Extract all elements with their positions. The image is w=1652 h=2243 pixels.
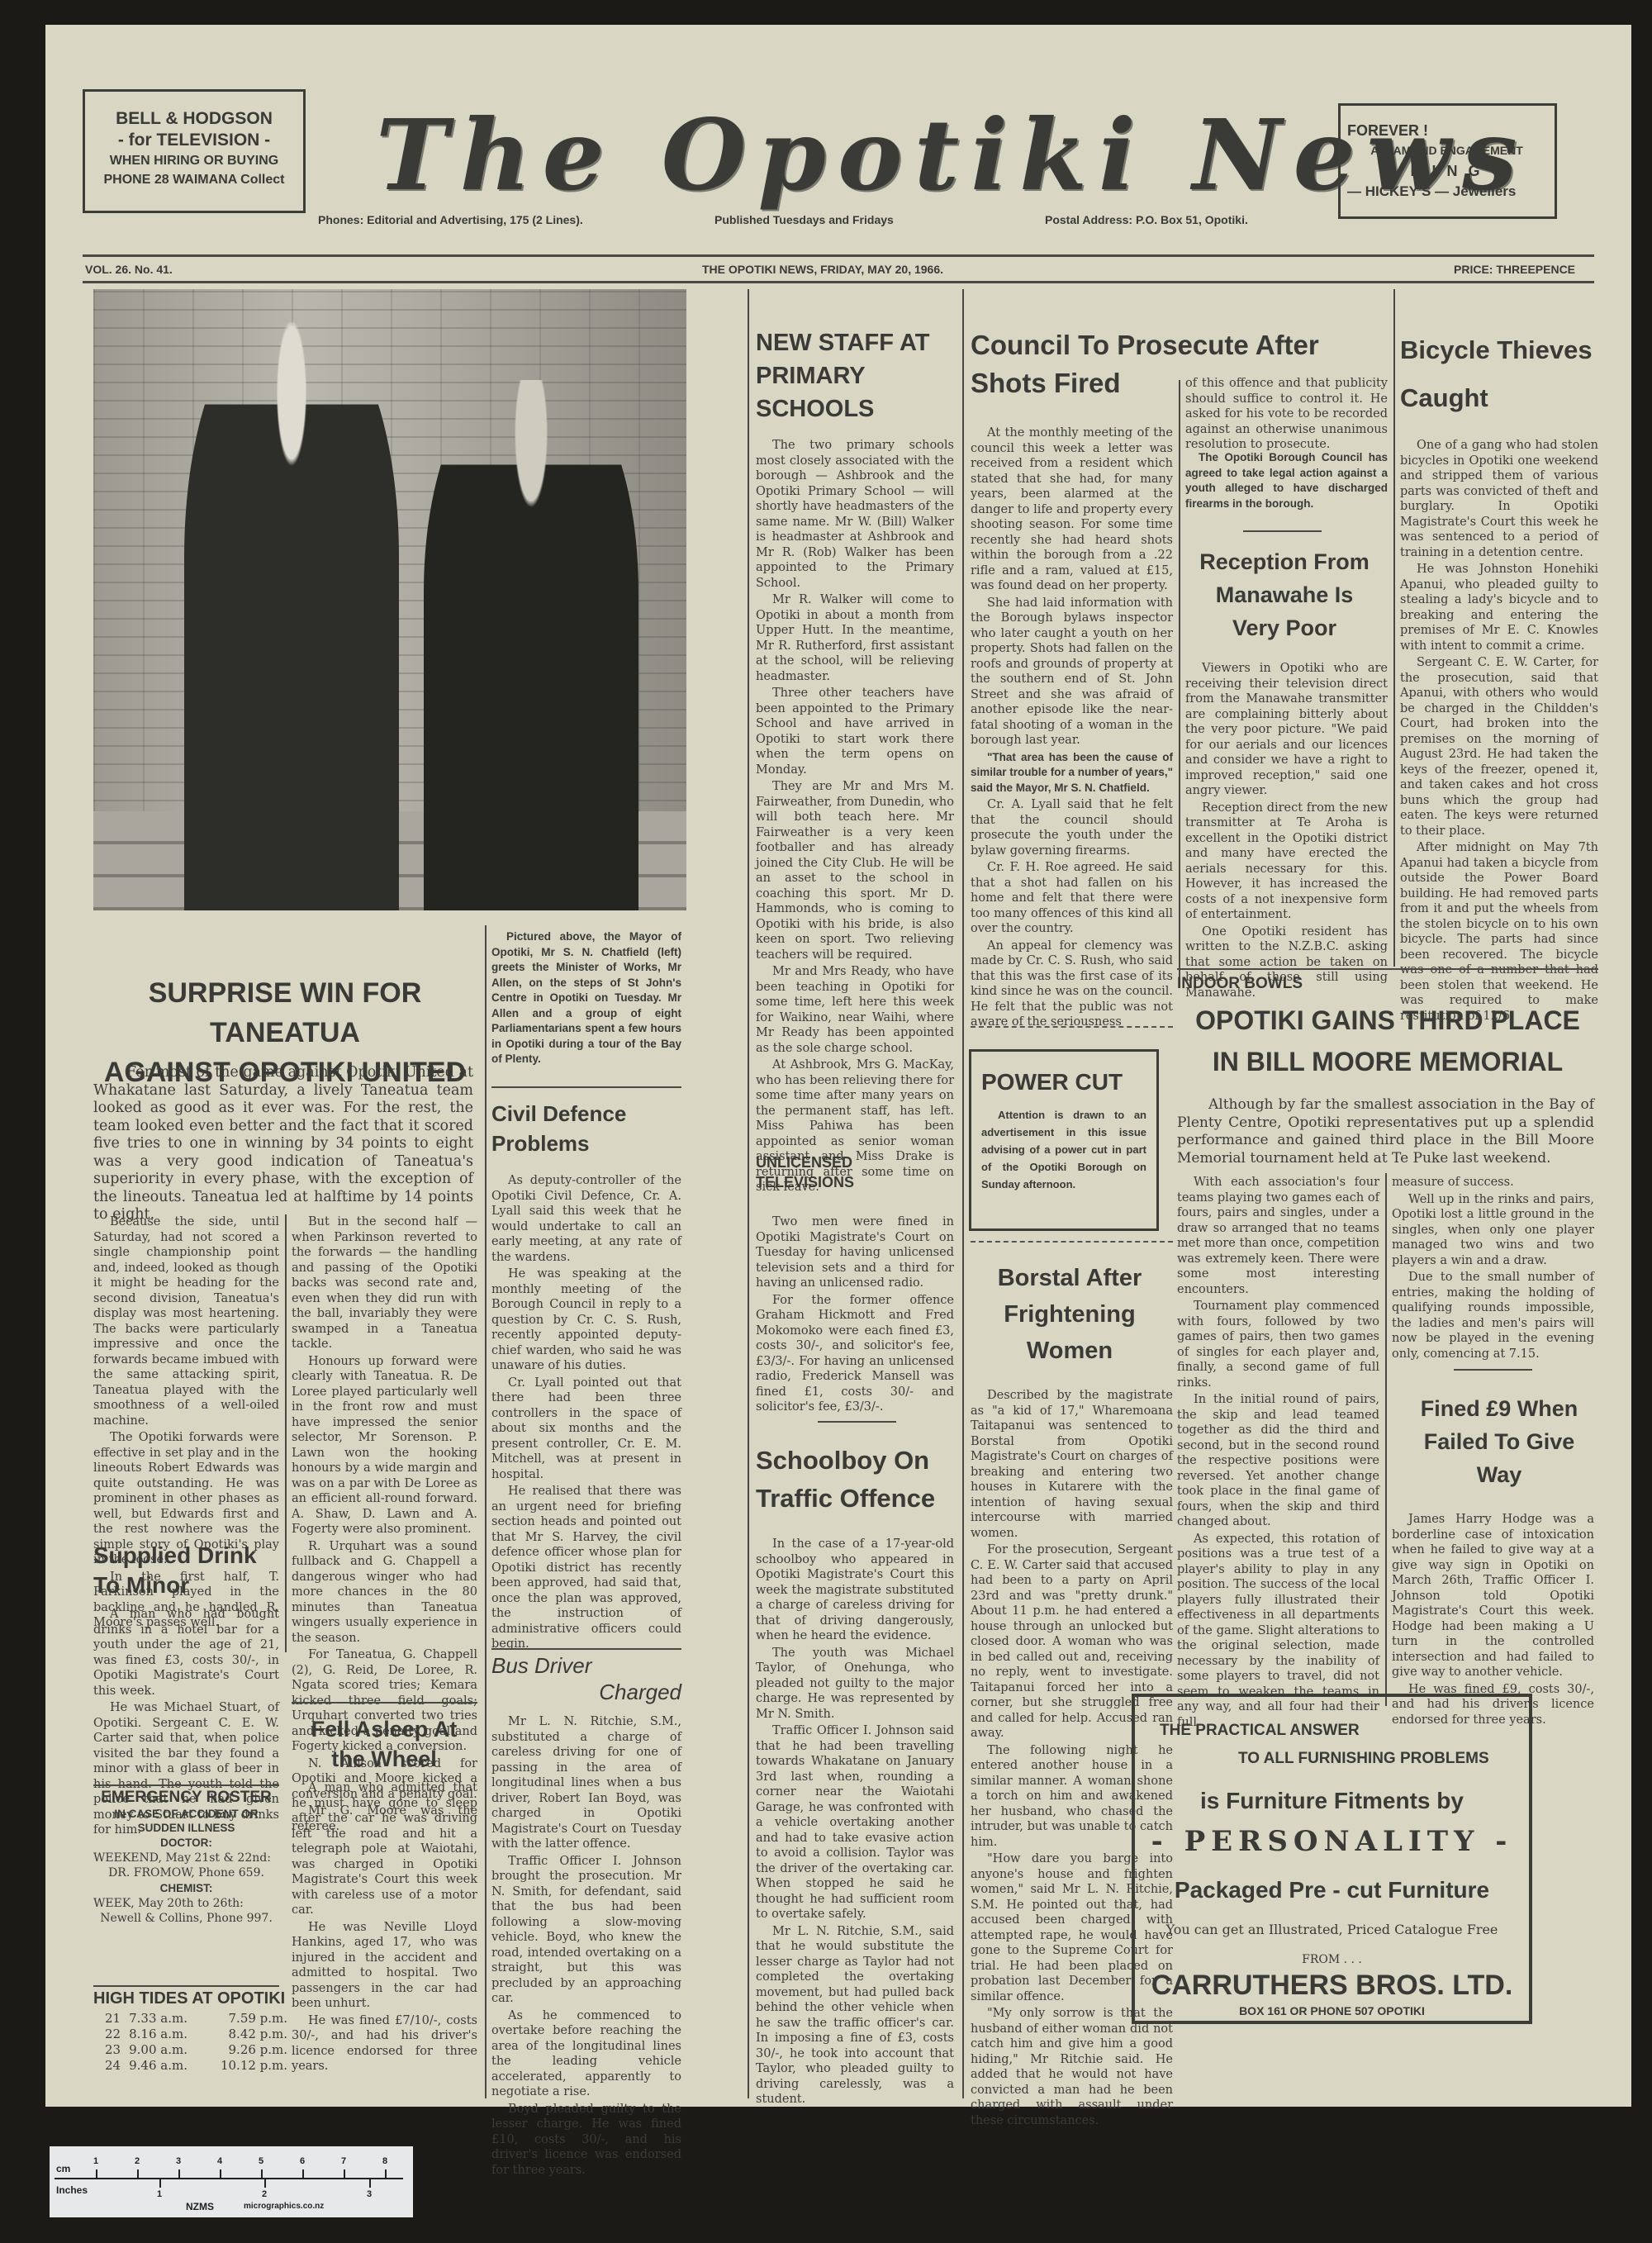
paragraph: Well up in the rinks and pairs, Opotiki … bbox=[1392, 1192, 1594, 1269]
power-cut-notice: POWER CUT Attention is drawn to an adver… bbox=[969, 1049, 1159, 1231]
paragraph: Tournament play commenced with fours, fo… bbox=[1177, 1299, 1379, 1390]
carruthers-name: CARRUTHERS BROS. LTD. bbox=[1135, 1970, 1529, 2002]
carruthers-furniture-ad: THE PRACTICAL ANSWER TO ALL FURNISHING P… bbox=[1132, 1694, 1532, 2024]
masthead-published: Published Tuesdays and Fridays bbox=[714, 213, 894, 226]
ad-line: R I N G bbox=[1347, 160, 1546, 182]
paragraph: Cr. Lyall pointed out that there had bee… bbox=[491, 1376, 681, 1483]
doctor-label: DOCTOR: bbox=[93, 1835, 279, 1851]
inch-tick-label: 1 bbox=[157, 2189, 162, 2199]
rule bbox=[93, 1985, 279, 1987]
paragraph: Mr and Mrs Ready, who have been teaching… bbox=[756, 964, 954, 1056]
rule bbox=[83, 281, 1594, 283]
bicycle-body: One of a gang who had stolen bicycles in… bbox=[1400, 438, 1598, 1025]
bicycle-headline: Bicycle Thieves Caught bbox=[1400, 326, 1598, 422]
paragraph: Traffic Officer I. Johnson brought the p… bbox=[491, 1854, 681, 2007]
rule bbox=[292, 1702, 477, 1704]
paragraph: Reception direct from the new transmitte… bbox=[1185, 801, 1388, 923]
paragraph: Mr L. N. Ritchie, S.M., substituted a ch… bbox=[491, 1714, 681, 1852]
headline-line: Charged bbox=[491, 1679, 681, 1705]
mayor-minister-photo bbox=[93, 289, 686, 910]
reception-body: Viewers in Opotiki who are receiving the… bbox=[1185, 661, 1388, 1002]
cm-tick-label: 8 bbox=[382, 2156, 387, 2166]
paragraph: He was Neville Lloyd Hankins, aged 17, w… bbox=[292, 1920, 477, 2012]
bowls-kicker: INDOOR BOWLS bbox=[1177, 975, 1303, 993]
schoolboy-headline: Schoolboy On Traffic Offence bbox=[756, 1442, 954, 1518]
ad-line: WHEN HIRING OR BUYING bbox=[85, 151, 303, 171]
paragraph: "My only sorrow is that the husband of e… bbox=[971, 2006, 1173, 2128]
nzms-logo: NZMS bbox=[186, 2201, 214, 2212]
inch-tick-label: 2 bbox=[262, 2189, 267, 2199]
headline-line: Bus Driver bbox=[491, 1652, 681, 1679]
paragraph: He was speaking at the monthly meeting o… bbox=[491, 1266, 681, 1374]
paragraph: "That area has been the cause of similar… bbox=[971, 750, 1173, 796]
tide-row: 249.46 a.m.10.12 p.m. bbox=[105, 2058, 296, 2074]
column-rule bbox=[285, 1214, 287, 1652]
rule bbox=[491, 1086, 681, 1088]
chemist-who: Newell & Collins, Phone 997. bbox=[93, 1911, 279, 1926]
ad-line: FROM . . . bbox=[1135, 1953, 1529, 1966]
paragraph: Traffic Officer I. Johnson said that he … bbox=[756, 1723, 954, 1922]
fell-asleep-headline: Fell Asleep At the Wheel bbox=[293, 1714, 475, 1774]
minister-figure bbox=[424, 380, 638, 910]
paragraph: Described by the magistrate as "a kid of… bbox=[971, 1388, 1173, 1541]
paragraph: Mr R. Walker will come to Opotiki in abo… bbox=[756, 592, 954, 684]
tide-row: 217.33 a.m.7.59 p.m. bbox=[105, 2011, 296, 2027]
chemist-label: CHEMIST: bbox=[93, 1880, 279, 1896]
column-rule bbox=[1393, 289, 1395, 967]
ad-line: Packaged Pre - cut Furniture bbox=[1135, 1877, 1529, 1903]
ad-line: - PERSONALITY - bbox=[1135, 1825, 1529, 1858]
unlicensed-tv-headline: UNLICENSED TELEVISIONS bbox=[756, 1152, 904, 1192]
bus-driver-headline: Bus Driver Charged bbox=[491, 1652, 681, 1705]
rule bbox=[1177, 968, 1598, 970]
paragraph: measure of success. bbox=[1392, 1175, 1594, 1190]
bowls-col1: With each association's four teams playi… bbox=[1177, 1175, 1379, 1732]
paragraph: Three other teachers have been appointed… bbox=[756, 686, 954, 777]
inches-label: Inches bbox=[56, 2184, 88, 2196]
ad-line: PHONE 28 WAIMANA Collect bbox=[85, 171, 303, 189]
bus-driver-body: Mr L. N. Ritchie, S.M., substituted a ch… bbox=[491, 1714, 681, 2179]
paragraph: Two men were fined in Opotiki Magistrate… bbox=[756, 1214, 954, 1291]
cm-tick-label: 4 bbox=[217, 2156, 222, 2166]
column-rule bbox=[485, 925, 487, 2098]
rule bbox=[491, 1648, 681, 1650]
paragraph: James Harry Hodge was a borderline case … bbox=[1392, 1512, 1594, 1680]
ad-line: is Furniture Fitments by bbox=[1135, 1788, 1529, 1814]
ad-line: - for TELEVISION - bbox=[85, 130, 303, 151]
supplied-drink-headline: Supplied Drink To Minor bbox=[93, 1541, 275, 1600]
paragraph: An appeal for clemency was made by Cr. C… bbox=[971, 939, 1173, 1030]
paragraph: Mr L. N. Ritchie, S.M., said that he wou… bbox=[756, 1924, 954, 2108]
roster-subtitle: IN CASE OF ACCIDENT OR SUDDEN ILLNESS bbox=[93, 1807, 279, 1835]
headline-line: IN BILL MOORE MEMORIAL bbox=[1177, 1041, 1598, 1082]
paragraph: But in the second half — when Parkinson … bbox=[292, 1214, 477, 1352]
scale-ruler: cm Inches 12345678123 NZMS micrographics… bbox=[50, 2146, 413, 2217]
column-rule bbox=[962, 289, 964, 2098]
paragraph: Due to the small number of entries, maki… bbox=[1392, 1270, 1594, 1361]
paragraph: The two primary schools most closely ass… bbox=[756, 438, 954, 591]
paragraph: The youth was Michael Taylor, of Onehung… bbox=[756, 1646, 954, 1723]
rule bbox=[1454, 1369, 1532, 1371]
paragraph: Viewers in Opotiki who are receiving the… bbox=[1185, 661, 1388, 799]
bowls-col2: measure of success. Well up in the rinks… bbox=[1392, 1175, 1594, 1363]
paragraph: A man who had bought drinks in a hotel b… bbox=[93, 1607, 279, 1699]
cm-label: cm bbox=[56, 2163, 70, 2174]
ad-line: — HICKEY'S — Jewellers bbox=[1347, 182, 1546, 202]
tide-row: 239.00 a.m.9.26 p.m. bbox=[105, 2042, 296, 2058]
paragraph: At the monthly meeting of the council th… bbox=[971, 425, 1173, 594]
cm-tick-label: 7 bbox=[341, 2156, 346, 2166]
fined9-headline: Fined £9 When Failed To Give Way bbox=[1400, 1392, 1598, 1491]
paragraph: As he commenced to overtake before reach… bbox=[491, 2008, 681, 2100]
hickeys-ad: FOREVER ! A DIAMOND ENGAGEMENT R I N G —… bbox=[1338, 103, 1557, 219]
council-col2: of this offence and that publicity shoul… bbox=[1185, 376, 1388, 453]
ad-line: You can get an Illustrated, Priced Catal… bbox=[1135, 1922, 1529, 1937]
paragraph: Cr. F. H. Roe agreed. He said that a sho… bbox=[971, 860, 1173, 937]
new-staff-headline: NEW STAFF AT PRIMARY SCHOOLS bbox=[756, 326, 946, 425]
paragraph: After midnight on May 7th Apanui had tak… bbox=[1400, 840, 1598, 1024]
bell-hodgson-ad: BELL & HODGSON - for TELEVISION - WHEN H… bbox=[83, 89, 306, 213]
paragraph: In the case of a 17-year-old schoolboy w… bbox=[756, 1537, 954, 1644]
taneatua-lead: For most of the game against Opotiki Uni… bbox=[93, 1064, 473, 1224]
paragraph: As deputy-controller of the Opotiki Civi… bbox=[491, 1173, 681, 1265]
photo-caption: Pictured above, the Mayor of Opotiki, Mr… bbox=[491, 929, 681, 1067]
ad-line: FOREVER ! bbox=[1347, 121, 1546, 140]
mayor-figure bbox=[184, 322, 399, 910]
paragraph: In the initial round of pairs, the skip … bbox=[1177, 1392, 1379, 1530]
cm-tick-label: 5 bbox=[259, 2156, 263, 2166]
paragraph: She had laid information with the Boroug… bbox=[971, 596, 1173, 748]
volume-number: VOL. 26. No. 41. bbox=[85, 263, 173, 276]
paragraph: Boyd pleaded guilty to the lesser charge… bbox=[491, 2102, 681, 2179]
council-col1: At the monthly meeting of the council th… bbox=[971, 425, 1173, 1032]
rule bbox=[93, 1784, 279, 1786]
cm-tick-label: 1 bbox=[93, 2156, 98, 2166]
paragraph: He was Johnston Honehiki Apanui, who ple… bbox=[1400, 562, 1598, 653]
issue-date: THE OPOTIKI NEWS, FRIDAY, MAY 20, 1966. bbox=[702, 263, 943, 276]
doctor-when: WEEKEND, May 21st & 22nd: bbox=[93, 1851, 279, 1865]
ad-line: BOX 161 OR PHONE 507 OPOTIKI bbox=[1135, 2004, 1529, 2017]
paragraph: Cr. A. Lyall said that he felt that the … bbox=[971, 797, 1173, 858]
headline-line: SURPRISE WIN FOR TANEATUA bbox=[91, 973, 479, 1053]
reception-headline: Reception From Manawahe Is Very Poor bbox=[1189, 545, 1379, 644]
power-cut-body: Attention is drawn to an advertisement i… bbox=[981, 1106, 1146, 1193]
civil-defence-body: As deputy-controller of the Opotiki Civi… bbox=[491, 1173, 681, 1654]
micrographics-link: micrographics.co.nz bbox=[244, 2202, 324, 2211]
paragraph: He was fined £7/10/-, costs 30/-, and ha… bbox=[292, 2013, 477, 2074]
unlicensed-tv-body: Two men were fined in Opotiki Magistrate… bbox=[756, 1214, 954, 1417]
paragraph: A man who admitted that he must have gon… bbox=[292, 1780, 477, 1918]
tides-table: 217.33 a.m.7.59 p.m.228.16 a.m.8.42 p.m.… bbox=[105, 2011, 296, 2074]
masthead-phones: Phones: Editorial and Advertising, 175 (… bbox=[318, 213, 583, 226]
emergency-roster: EMERGENCY ROSTER IN CASE OF ACCIDENT OR … bbox=[93, 1789, 279, 1926]
column-rule bbox=[1179, 380, 1180, 983]
doctor-who: DR. FROMOW, Phone 659. bbox=[93, 1865, 279, 1880]
cm-tick-label: 3 bbox=[176, 2156, 181, 2166]
roster-title: EMERGENCY ROSTER bbox=[93, 1789, 279, 1807]
schoolboy-body: In the case of a 17-year-old schoolboy w… bbox=[756, 1537, 954, 2109]
paragraph: He realised that there was an urgent nee… bbox=[491, 1484, 681, 1652]
tide-row: 228.16 a.m.8.42 p.m. bbox=[105, 2027, 296, 2042]
borstal-headline: Borstal After Frightening Women bbox=[979, 1260, 1161, 1369]
paragraph: One of a gang who had stolen bicycles in… bbox=[1400, 438, 1598, 560]
ad-line: THE PRACTICAL ANSWER bbox=[1160, 1722, 1360, 1740]
column-rule bbox=[748, 289, 749, 2098]
paragraph: Honours up forward were clearly with Tan… bbox=[292, 1354, 477, 1537]
fell-asleep-body: A man who admitted that he must have gon… bbox=[292, 1780, 477, 2076]
paragraph: Because the side, until Saturday, had no… bbox=[93, 1214, 279, 1428]
masthead-title: The Opotiki News bbox=[376, 97, 1351, 212]
new-staff-body: The two primary schools most closely ass… bbox=[756, 438, 954, 1197]
civil-defence-headline: Civil Defence Problems bbox=[491, 1099, 673, 1158]
rule bbox=[818, 1421, 896, 1423]
newspaper-page: BELL & HODGSON - for TELEVISION - WHEN H… bbox=[45, 25, 1631, 2107]
column-rule bbox=[1385, 1173, 1387, 1706]
bowls-lead: Although by far the smallest association… bbox=[1177, 1096, 1594, 1167]
ad-line: A DIAMOND ENGAGEMENT bbox=[1347, 140, 1546, 160]
rule bbox=[971, 1026, 1173, 1028]
rule bbox=[971, 1241, 1173, 1243]
paragraph: They are Mr and Mrs M. Fairweather, from… bbox=[756, 779, 954, 962]
inch-tick-label: 3 bbox=[367, 2189, 372, 2199]
masthead-postal: Postal Address: P.O. Box 51, Opotiki. bbox=[1045, 213, 1248, 226]
paragraph: For the former offence Graham Hickmott a… bbox=[756, 1293, 954, 1415]
paragraph: With each association's four teams playi… bbox=[1177, 1175, 1379, 1297]
power-cut-headline: POWER CUT bbox=[981, 1068, 1146, 1096]
rule bbox=[1243, 530, 1322, 532]
paragraph: R. Urquhart was a sound fullback and G. … bbox=[292, 1539, 477, 1647]
cm-tick-label: 6 bbox=[300, 2156, 305, 2166]
bowls-headline: OPOTIKI GAINS THIRD PLACE IN BILL MOORE … bbox=[1177, 1000, 1598, 1082]
rule bbox=[83, 254, 1594, 257]
tides-title: HIGH TIDES AT OPOTIKI bbox=[93, 1989, 285, 2008]
cm-tick-label: 2 bbox=[135, 2156, 140, 2166]
ad-line: BELL & HODGSON bbox=[85, 108, 303, 130]
price: PRICE: THREEPENCE bbox=[1454, 263, 1575, 276]
headline-line: Council To Prosecute After bbox=[971, 326, 1326, 364]
ad-line: TO ALL FURNISHING PROBLEMS bbox=[1238, 1750, 1489, 1768]
paragraph: Sergeant C. E. W. Carter, for the prosec… bbox=[1400, 655, 1598, 839]
chemist-when: WEEK, May 20th to 26th: bbox=[93, 1896, 279, 1911]
headline-line: OPOTIKI GAINS THIRD PLACE bbox=[1177, 1000, 1598, 1041]
council-col2-bold: The Opotiki Borough Council has agreed t… bbox=[1185, 450, 1388, 511]
